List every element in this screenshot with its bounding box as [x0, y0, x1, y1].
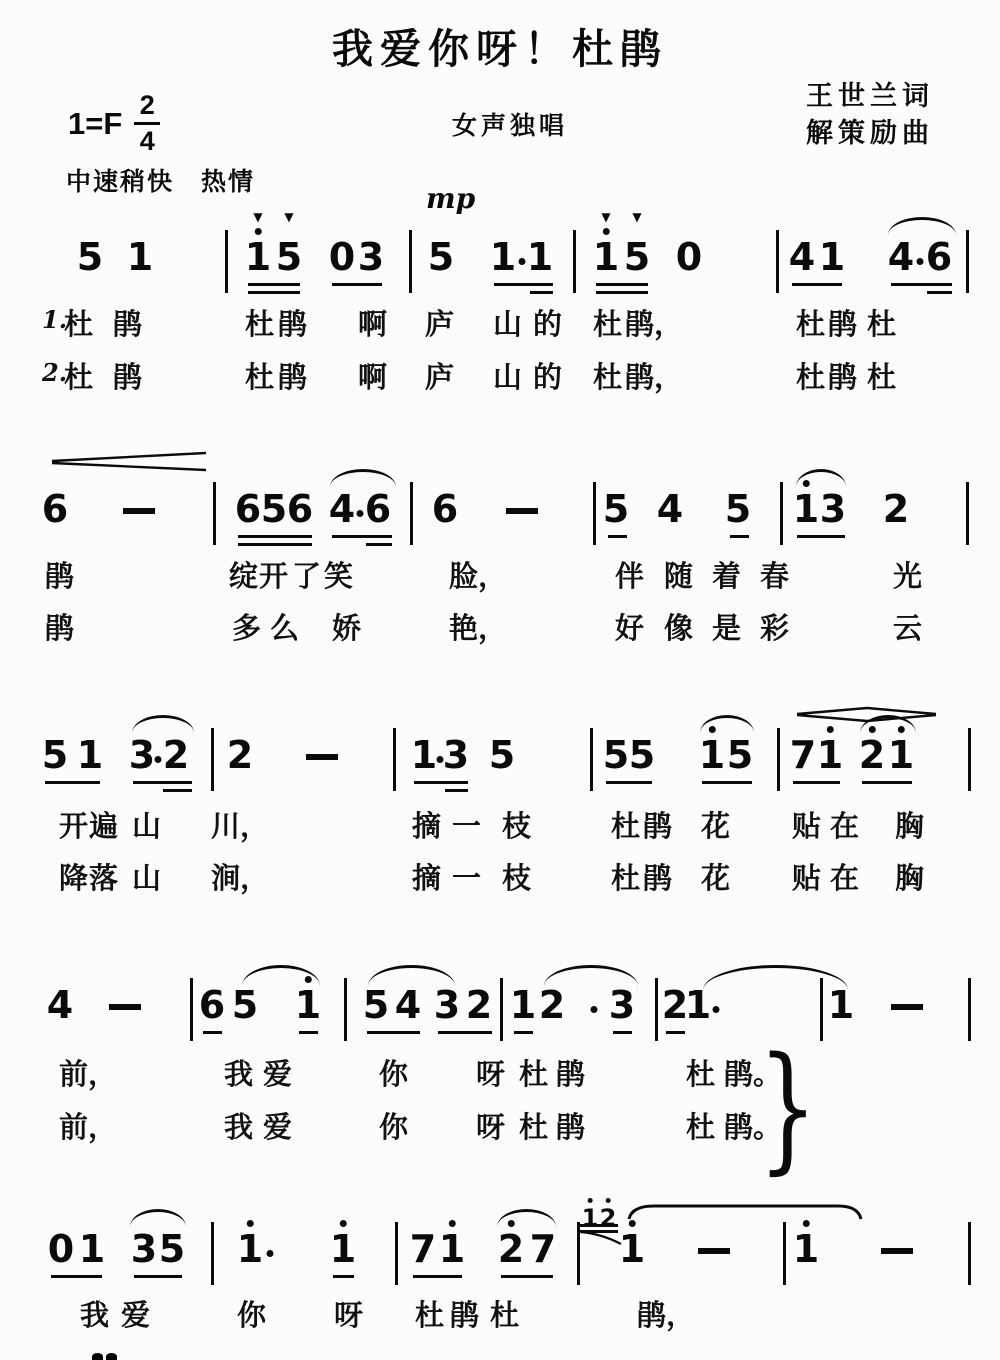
grace-note-slur	[581, 1232, 621, 1244]
diamond-hairpin-lower	[797, 715, 936, 721]
page-number-fragment	[106, 1353, 117, 1360]
sheet-music-page: 我爱你呀！杜鹃 1=F 2 4 女声独唱 王世兰词 解策励曲 中速稍快 热情 m…	[0, 0, 1000, 1360]
page-number-fragment	[92, 1353, 103, 1360]
expression-marks-overlay	[0, 0, 1000, 1360]
crescendo-hairpin-upper	[52, 453, 206, 461]
tie-across-barline	[629, 1206, 861, 1219]
score-canvas: 511▼5▼035111▼5▼0414666564665451325132213…	[0, 0, 1000, 1360]
crescendo-hairpin-lower	[52, 463, 206, 470]
diamond-hairpin-upper	[797, 708, 936, 714]
